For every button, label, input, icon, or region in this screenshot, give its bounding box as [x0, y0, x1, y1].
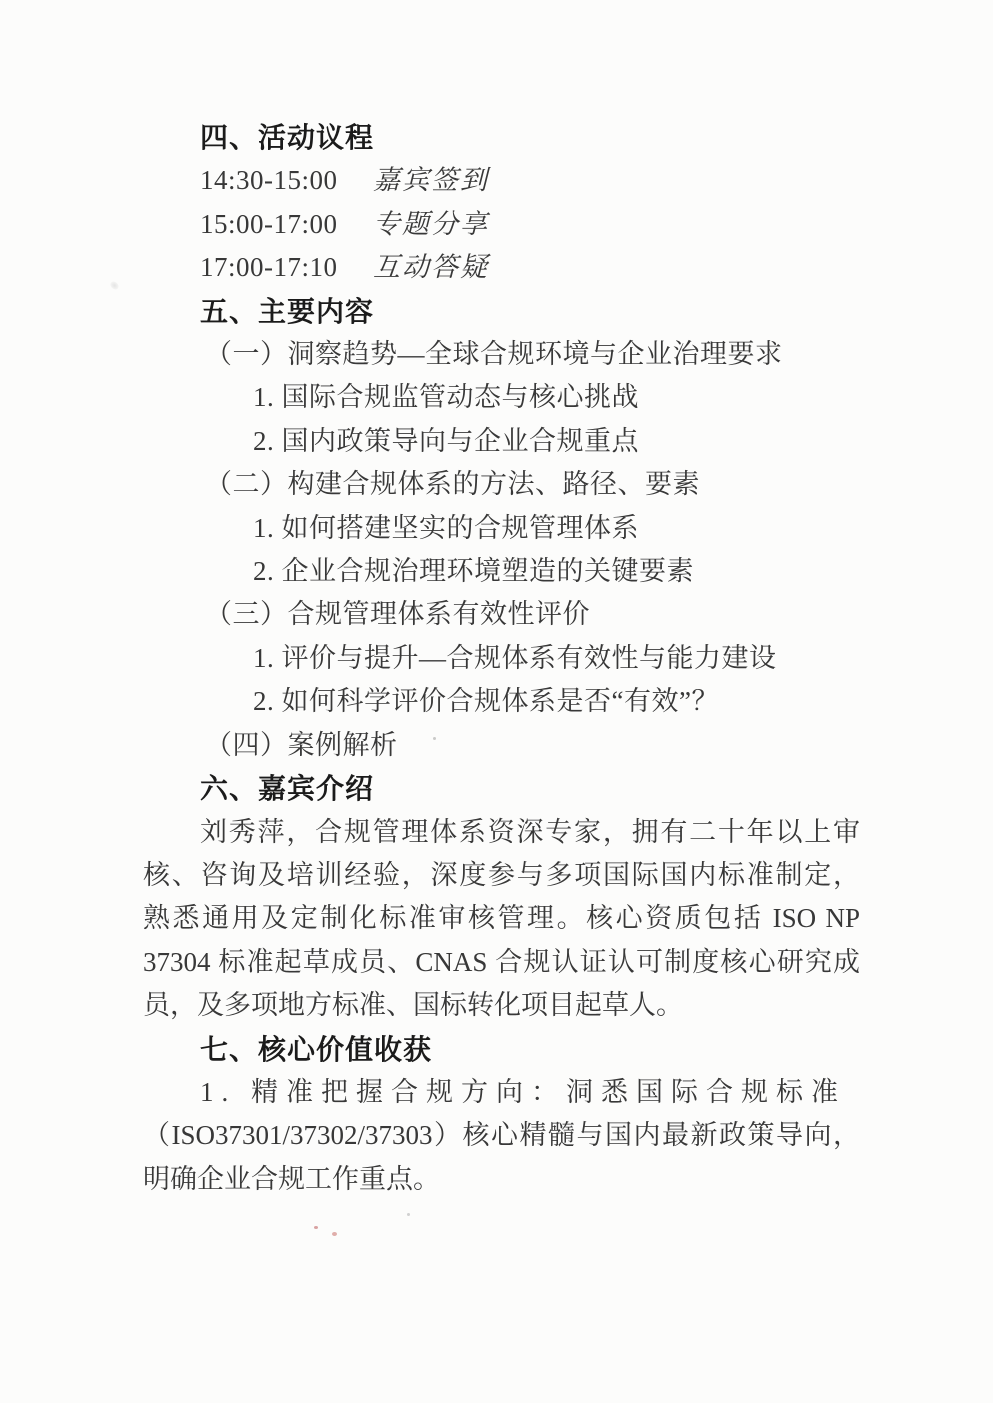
- scan-speck: [314, 1226, 318, 1229]
- section-heading-key-takeaways: 七、核心价值收获: [143, 1028, 860, 1071]
- outline-sub-item: 2. 国内政策导向与企业合规重点: [143, 420, 860, 463]
- section-heading-main-content: 五、主要内容: [143, 290, 860, 333]
- takeaway-line: 明确企业合规工作重点。: [143, 1158, 860, 1201]
- paragraph-line: 刘秀萍，合规管理体系资深专家，拥有二十年以上审: [143, 811, 860, 854]
- paragraph-line: 核、咨询及培训经验，深度参与多项国际国内标准制定，: [143, 854, 860, 897]
- outline-item: （三）合规管理体系有效性评价: [143, 593, 860, 636]
- outline-sub-item: 1. 国际合规监管动态与核心挑战: [143, 376, 860, 419]
- scan-smudge: [109, 280, 120, 291]
- scan-speck: [407, 1213, 410, 1216]
- paragraph-line: 员，及多项地方标准、国标转化项目起草人。: [143, 984, 860, 1027]
- agenda-label: 嘉宾签到: [373, 159, 489, 202]
- takeaway-line: 1. 精准把握合规方向：洞悉国际合规标准: [143, 1071, 860, 1114]
- outline-sub-item: 1. 如何搭建坚实的合规管理体系: [143, 507, 860, 550]
- outline-sub-item: 1. 评价与提升—合规体系有效性与能力建设: [143, 637, 860, 680]
- agenda-time: 14:30-15:00: [200, 159, 373, 202]
- section-heading-agenda: 四、活动议程: [143, 116, 860, 159]
- agenda-label: 互动答疑: [373, 246, 489, 289]
- scanned-document-page: 四、活动议程 14:30-15:00 嘉宾签到 15:00-17:00 专题分享…: [0, 0, 993, 1403]
- paragraph-line: 熟悉通用及定制化标准审核管理。核心资质包括 ISO NP: [143, 897, 860, 940]
- document-content: 四、活动议程 14:30-15:00 嘉宾签到 15:00-17:00 专题分享…: [143, 116, 860, 1201]
- outline-sub-item: 2. 如何科学评价合规体系是否“有效”？: [143, 680, 860, 723]
- agenda-row: 15:00-17:00 专题分享: [143, 203, 860, 246]
- agenda-time: 15:00-17:00: [200, 203, 373, 246]
- takeaway-line: （ISO37301/37302/37303）核心精髓与国内最新政策导向，: [143, 1114, 860, 1157]
- agenda-label: 专题分享: [373, 203, 489, 246]
- outline-item: （四）案例解析: [143, 724, 860, 767]
- agenda-row: 17:00-17:10 互动答疑: [143, 246, 860, 289]
- outline-sub-item: 2. 企业合规治理环境塑造的关键要素: [143, 550, 860, 593]
- section-heading-guest-intro: 六、嘉宾介绍: [143, 767, 860, 810]
- agenda-time: 17:00-17:10: [200, 246, 373, 289]
- outline-item: （一）洞察趋势—全球合规环境与企业治理要求: [143, 333, 860, 376]
- outline-item: （二）构建合规体系的方法、路径、要素: [143, 463, 860, 506]
- paragraph-line: 37304 标准起草成员、CNAS 合规认证认可制度核心研究成: [143, 941, 860, 984]
- agenda-row: 14:30-15:00 嘉宾签到: [143, 159, 860, 202]
- scan-speck: [332, 1232, 337, 1236]
